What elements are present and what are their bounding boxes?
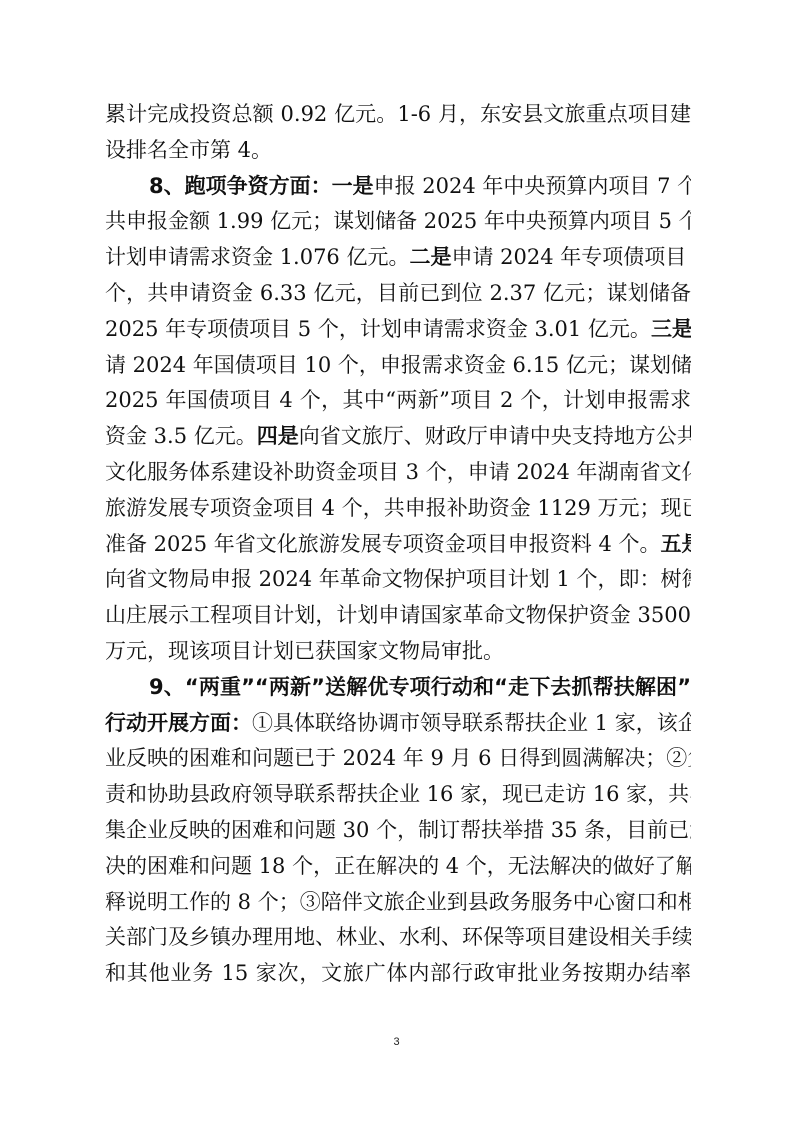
- text: ①具体联络协调市领导联系帮扶企业 1 家，该企: [252, 711, 691, 735]
- bold-text: 8、跑项争资方面：一是: [149, 174, 374, 198]
- text-line: 旅游发展专项资金项目 4 个，共申报补助资金 1129 万元；现已: [105, 491, 691, 527]
- text-line: 2025 年国债项目 4 个，其中“两新”项目 2 个，计划申报需求: [105, 383, 691, 419]
- text-line: 2025 年专项债项目 5 个，计划申请需求资金 3.01 亿元。三是申: [105, 312, 691, 348]
- text: 和其他业务 15 家次，文旅广体内部行政审批业务按期办结率: [105, 961, 691, 985]
- text: 申请 2024 年专项债项目 7: [451, 245, 691, 269]
- text-line: 文化服务体系建设补助资金项目 3 个，申请 2024 年湖南省文化: [105, 455, 691, 491]
- text-line: 山庄展示工程项目计划，计划申请国家革命文物保护资金 3500: [105, 598, 691, 634]
- text: 2025 年国债项目 4 个，其中“两新”项目 2 个，计划申报需求: [105, 388, 691, 412]
- text: 2025 年专项债项目 5 个，计划申请需求资金 3.01 亿元。: [105, 317, 651, 341]
- text-line: 责和协助县政府领导联系帮扶企业 16 家，现已走访 16 家，共收: [105, 777, 691, 813]
- text-line: 累计完成投资总额 0.92 亿元。1-6 月，东安县文旅重点项目建: [105, 97, 691, 133]
- text: 资金 3.5 亿元。: [105, 424, 257, 448]
- text-line: 准备 2025 年省文化旅游发展专项资金项目申报资料 4 个。五是: [105, 527, 691, 563]
- text-line: 共申报金额 1.99 亿元；谋划储备 2025 年中央预算内项目 5 个，: [105, 204, 691, 240]
- body-text: 累计完成投资总额 0.92 亿元。1-6 月，东安县文旅重点项目建设排名全市第 …: [105, 97, 691, 992]
- text: 业反映的困难和问题已于 2024 年 9 月 6 日得到圆满解决；②负: [105, 746, 691, 770]
- bold-text: 行动开展方面：: [105, 711, 252, 735]
- text: 共申报金额 1.99 亿元；谋划储备 2025 年中央预算内项目 5 个，: [105, 209, 691, 233]
- text: 计划申请需求资金 1.076 亿元。: [105, 245, 409, 269]
- text-line: 9、“两重”“两新”送解优专项行动和“走下去抓帮扶解困”: [105, 670, 691, 706]
- text: 决的困难和问题 18 个，正在解决的 4 个，无法解决的做好了解: [105, 854, 691, 878]
- text-line: 和其他业务 15 家次，文旅广体内部行政审批业务按期办结率: [105, 956, 691, 992]
- text: 累计完成投资总额 0.92 亿元。1-6 月，东安县文旅重点项目建: [105, 102, 691, 126]
- text: 请 2024 年国债项目 10 个，申报需求资金 6.15 亿元；谋划储备: [105, 353, 691, 377]
- text: 旅游发展专项资金项目 4 个，共申报补助资金 1129 万元；现已: [105, 496, 691, 520]
- text-line: 决的困难和问题 18 个，正在解决的 4 个，无法解决的做好了解: [105, 849, 691, 885]
- text: 文化服务体系建设补助资金项目 3 个，申请 2024 年湖南省文化: [105, 460, 691, 484]
- bold-text: 9、“两重”“两新”送解优专项行动和“走下去抓帮扶解困”: [149, 675, 691, 699]
- text-line: 请 2024 年国债项目 10 个，申报需求资金 6.15 亿元；谋划储备: [105, 348, 691, 384]
- text: 申报 2024 年中央预算内项目 7 个，: [374, 174, 691, 198]
- text: 山庄展示工程项目计划，计划申请国家革命文物保护资金 3500: [105, 603, 691, 627]
- text-line: 关部门及乡镇办理用地、林业、水利、环保等项目建设相关手续: [105, 920, 691, 956]
- page-number: 3: [0, 1036, 793, 1048]
- text: 准备 2025 年省文化旅游发展专项资金项目申报资料 4 个。: [105, 532, 661, 556]
- document-page: 累计完成投资总额 0.92 亿元。1-6 月，东安县文旅重点项目建设排名全市第 …: [0, 0, 793, 1122]
- text-line: 资金 3.5 亿元。四是向省文旅厅、财政厅申请中央支持地方公共: [105, 419, 691, 455]
- text: 责和协助县政府领导联系帮扶企业 16 家，现已走访 16 家，共收: [105, 782, 691, 806]
- text: 集企业反映的困难和问题 30 个，制订帮扶举措 35 条，目前已解: [105, 818, 691, 842]
- text-line: 业反映的困难和问题已于 2024 年 9 月 6 日得到圆满解决；②负: [105, 741, 691, 777]
- text: 关部门及乡镇办理用地、林业、水利、环保等项目建设相关手续: [105, 925, 691, 949]
- text-line: 集企业反映的困难和问题 30 个，制订帮扶举措 35 条，目前已解: [105, 813, 691, 849]
- text-line: 向省文物局申报 2024 年革命文物保护项目计划 1 个，即：树德: [105, 562, 691, 598]
- text-line: 8、跑项争资方面：一是申报 2024 年中央预算内项目 7 个，: [105, 169, 691, 205]
- text-line: 计划申请需求资金 1.076 亿元。二是申请 2024 年专项债项目 7: [105, 240, 691, 276]
- text-line: 万元，现该项目计划已获国家文物局审批。: [105, 634, 691, 670]
- text-line: 释说明工作的 8 个；③陪伴文旅企业到县政务服务中心窗口和相: [105, 885, 691, 921]
- text: 向省文旅厅、财政厅申请中央支持地方公共: [299, 424, 691, 448]
- text: 向省文物局申报 2024 年革命文物保护项目计划 1 个，即：树德: [105, 567, 691, 591]
- text: 个，共申请资金 6.33 亿元，目前已到位 2.37 亿元；谋划储备: [105, 281, 691, 305]
- bold-text: 四是: [257, 424, 299, 448]
- text-line: 设排名全市第 4。: [105, 133, 691, 169]
- text: 释说明工作的 8 个；③陪伴文旅企业到县政务服务中心窗口和相: [105, 890, 691, 914]
- text: 设排名全市第 4。: [105, 138, 272, 162]
- text-line: 行动开展方面：①具体联络协调市领导联系帮扶企业 1 家，该企: [105, 706, 691, 742]
- text-line: 个，共申请资金 6.33 亿元，目前已到位 2.37 亿元；谋划储备: [105, 276, 691, 312]
- bold-text: 二是: [409, 245, 451, 269]
- text: 万元，现该项目计划已获国家文物局审批。: [105, 639, 504, 663]
- bold-text: 五是: [661, 532, 691, 556]
- bold-text: 三是: [651, 317, 691, 341]
